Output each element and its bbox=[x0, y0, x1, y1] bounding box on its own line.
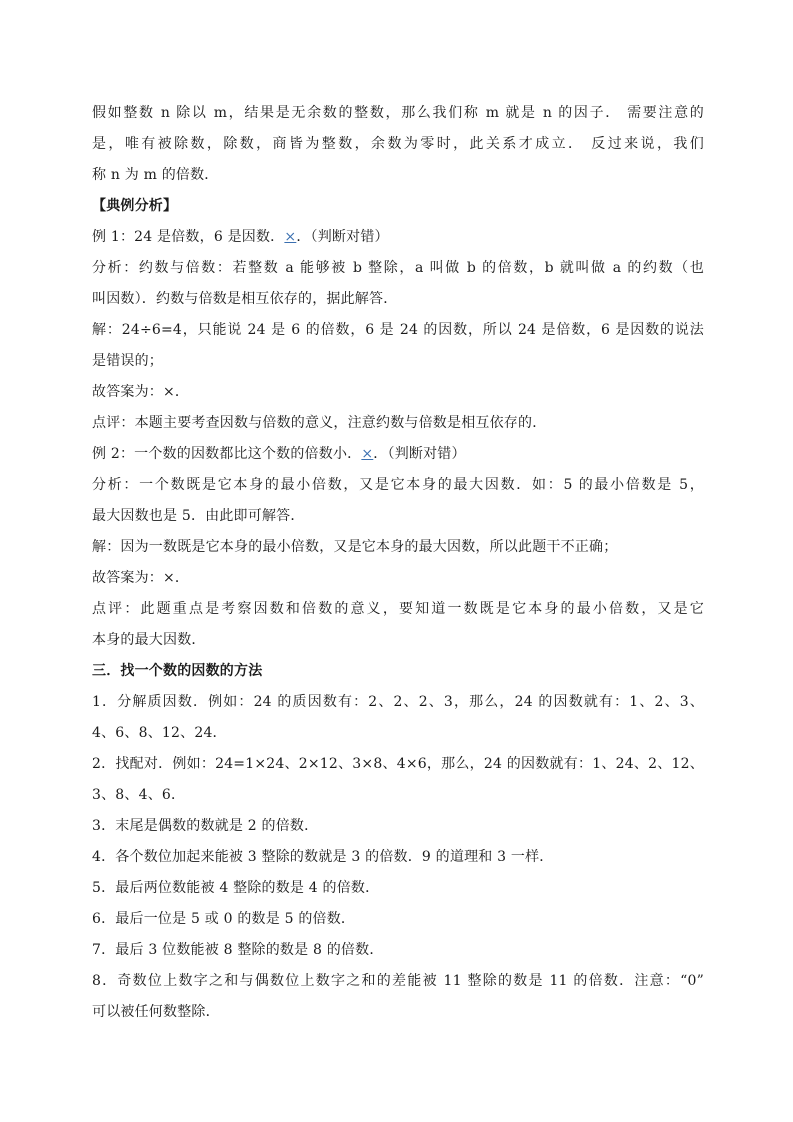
example1-conclusion: 故答案为：×． bbox=[92, 377, 704, 408]
method-item-line: 6．最后一位是 5 或 0 的数是 5 的倍数． bbox=[92, 904, 704, 935]
method-item-line: 2．找配对．例如：24=1×24、2×12、3×8、4×6，那么，24 的因数就… bbox=[92, 749, 704, 780]
method-item-line: 3．末尾是偶数的数就是 2 的倍数． bbox=[92, 811, 704, 842]
example2-conclusion: 故答案为：×． bbox=[92, 563, 704, 594]
document-page: 假如整数 n 除以 m，结果是无余数的整数，那么我们称 m 就是 n 的因子． … bbox=[92, 98, 704, 1028]
example2-analysis-line: 分析：一个数既是它本身的最小倍数，又是它本身的最大因数．如：5 的最小倍数是 5… bbox=[92, 470, 704, 501]
intro-line: 假如整数 n 除以 m，结果是无余数的整数，那么我们称 m 就是 n 的因子． … bbox=[92, 98, 704, 129]
example1-comment: 点评：本题主要考查因数与倍数的意义，注意约数与倍数是相互依存的． bbox=[92, 408, 704, 439]
example1-question-suffix: ．（判断对错） bbox=[296, 229, 388, 245]
example1-analysis-line: 叫因数）．约数与倍数是相互依存的，据此解答． bbox=[92, 284, 704, 315]
example2-question-suffix: ．（判断对错） bbox=[373, 446, 465, 462]
intro-line: 是，唯有被除数，除数，商皆为整数，余数为零时，此关系才成立． 反过来说，我们 bbox=[92, 129, 704, 160]
example2-comment-line: 本身的最大因数． bbox=[92, 625, 704, 656]
example1-question-text: 例 1：24 是倍数，6 是因数． bbox=[92, 229, 284, 245]
example2-question-text: 例 2：一个数的因数都比这个数的倍数小． bbox=[92, 446, 361, 462]
example2-answer: × bbox=[361, 446, 373, 462]
method-item-line: 5．最后两位数能被 4 整除的数是 4 的倍数． bbox=[92, 873, 704, 904]
method-item-line: 8．奇数位上数字之和与偶数位上数字之和的差能被 11 整除的数是 11 的倍数．… bbox=[92, 966, 704, 997]
intro-line: 称 n 为 m 的倍数． bbox=[92, 160, 704, 191]
method-item-line: 7．最后 3 位数能被 8 整除的数是 8 的倍数． bbox=[92, 935, 704, 966]
example2-solution-line: 解：因为一数既是它本身的最小倍数，又是它本身的最大因数，所以此题干不正确； bbox=[92, 532, 704, 563]
example2-comment-line: 点评：此题重点是考察因数和倍数的意义，要知道一数既是它本身的最小倍数，又是它 bbox=[92, 594, 704, 625]
method-item-line: 3、8、4、6． bbox=[92, 780, 704, 811]
example1-question: 例 1：24 是倍数，6 是因数．×．（判断对错） bbox=[92, 222, 704, 253]
method-item-line: 可以被任何数整除． bbox=[92, 997, 704, 1028]
example1-solution-line: 解：24÷6=4，只能说 24 是 6 的倍数，6 是 24 的因数，所以 24… bbox=[92, 315, 704, 346]
example1-answer: × bbox=[284, 229, 296, 245]
example1-solution-line: 是错误的； bbox=[92, 346, 704, 377]
method-item-line: 4、6、8、12、24． bbox=[92, 718, 704, 749]
examples-heading: 【典例分析】 bbox=[92, 191, 704, 222]
method-item-line: 1．分解质因数．例如：24 的质因数有：2、2、2、3，那么，24 的因数就有：… bbox=[92, 687, 704, 718]
example2-question: 例 2：一个数的因数都比这个数的倍数小．×．（判断对错） bbox=[92, 439, 704, 470]
example1-analysis-line: 分析：约数与倍数：若整数 a 能够被 b 整除，a 叫做 b 的倍数，b 就叫做… bbox=[92, 253, 704, 284]
example2-analysis-line: 最大因数也是 5．由此即可解答． bbox=[92, 501, 704, 532]
section3-heading: 三．找一个数的因数的方法 bbox=[92, 656, 704, 687]
method-item-line: 4．各个数位加起来能被 3 整除的数就是 3 的倍数．9 的道理和 3 一样． bbox=[92, 842, 704, 873]
